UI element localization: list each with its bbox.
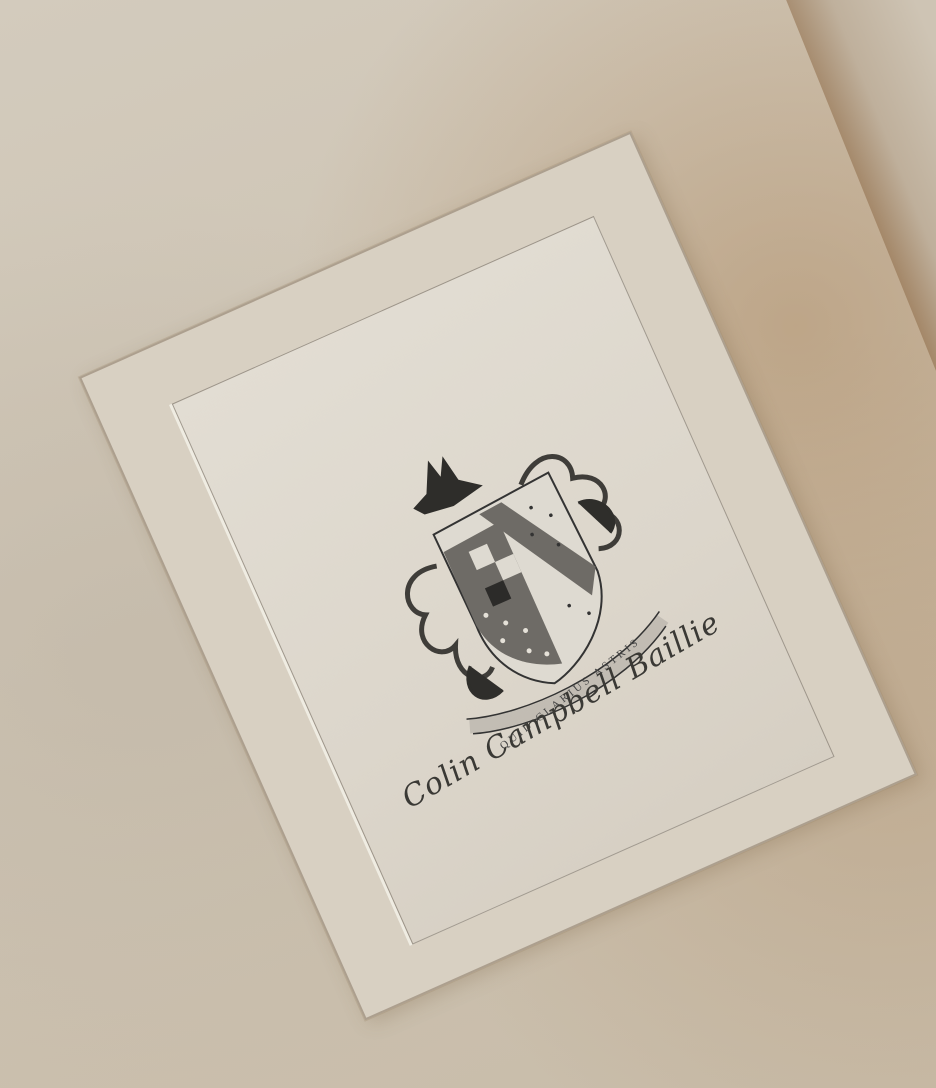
coat-of-arms-icon [337, 384, 697, 764]
